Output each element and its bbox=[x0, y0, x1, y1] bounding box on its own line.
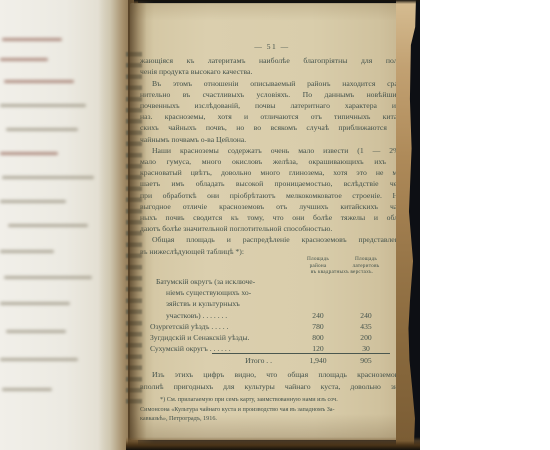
text-line: жающіяся къ латеритамъ наиболѣе благопрі… bbox=[140, 56, 404, 65]
table-cell-laterite: 30 bbox=[346, 344, 386, 353]
table-cell-area: 800 bbox=[298, 333, 338, 342]
text-line: наз. красноземы, хотя и отличаются отъ т… bbox=[140, 112, 404, 121]
page-number: — 51 — bbox=[140, 42, 404, 51]
text-line: Наши красноземы содержатъ очень мало изв… bbox=[140, 146, 404, 155]
book-bottom-edge bbox=[126, 437, 420, 450]
text-line: Изъ этихъ цифръ видно, что общая площадь… bbox=[140, 370, 404, 379]
blurred-text-line bbox=[0, 250, 54, 253]
table-cell-laterite: 240 bbox=[346, 311, 386, 320]
white-canvas bbox=[420, 0, 550, 450]
table-total-laterite: 905 bbox=[346, 356, 386, 365]
screenshot: — 51 — жающіяся къ латеритамъ наиболѣе б… bbox=[0, 0, 550, 450]
text-line: почвенныхъ изслѣдованій, почвы латеритна… bbox=[140, 101, 404, 110]
table-row-label: зяйствъ и культурныхъ bbox=[166, 299, 240, 308]
page-text-column: — 51 — жающіяся къ латеритамъ наиболѣе б… bbox=[140, 3, 404, 440]
text-line: вполнѣ пригодныхъ для культуры чайнаго к… bbox=[140, 382, 404, 391]
text-line: красноватый цвѣтъ, довольно много глиноз… bbox=[140, 168, 404, 177]
text-line: мало гумуса, много окисловъ желѣза, окра… bbox=[140, 157, 404, 166]
table-row-label: ніемъ существующихъ хо- bbox=[166, 288, 251, 297]
text-line: шаетъ имъ обладать высокой проницаемость… bbox=[140, 179, 404, 188]
table-cell-area: 780 bbox=[298, 322, 338, 331]
blurred-text-line bbox=[0, 152, 58, 155]
page-torn-edge bbox=[396, 0, 420, 450]
text-line: при обработкѣ они пріобрѣтаютъ мелкокомк… bbox=[140, 191, 404, 200]
text-line: въ нижеслѣдующей таблицѣ *): bbox=[140, 247, 404, 256]
table-header-col2-sub: латеритовъ bbox=[336, 263, 396, 269]
text-line: нительно въ счастливыхъ условіяхъ. По да… bbox=[140, 90, 404, 99]
text-line: ченія продукта высокаго качества. bbox=[140, 67, 404, 76]
table-total-rule bbox=[212, 353, 390, 354]
table-row-label: Озургетскій уѣздъ . . . . . bbox=[150, 322, 228, 331]
text-line: выгодное отличіе красноземовъ отъ лучших… bbox=[140, 202, 404, 211]
blurred-text-line bbox=[0, 200, 66, 203]
text-line: Общая площадь и распредѣленіе красноземо… bbox=[140, 235, 404, 244]
footnote-line: *) См. прилагаемую при семъ карту, заимс… bbox=[160, 396, 410, 403]
blurred-text-line bbox=[0, 104, 86, 107]
table-row-label: Батумскій округъ (за исключе- bbox=[156, 277, 255, 286]
blurred-text-line bbox=[4, 276, 92, 279]
blurred-text-line bbox=[2, 176, 94, 179]
text-line: Въ этомъ отношеніи описываемый районъ на… bbox=[140, 79, 404, 88]
blurred-text-line bbox=[8, 224, 88, 227]
book-page: — 51 — жающіяся къ латеритамъ наиболѣе б… bbox=[130, 3, 406, 440]
gutter-shadow bbox=[128, 0, 154, 450]
blurred-text-line bbox=[6, 330, 66, 333]
table-row-label: участковъ) . . . . . . . bbox=[166, 311, 227, 320]
table-row-label: Зугдидскій и Сенакскій уѣзды. bbox=[150, 333, 249, 342]
text-line: даютъ болѣе значительной поглотительной … bbox=[140, 224, 404, 233]
text-line: чайнымъ почвамъ о-ва Цейлона. bbox=[140, 135, 404, 144]
blurred-text-line bbox=[4, 80, 74, 83]
table-row-label: Сухумскій округъ . . . . . . bbox=[150, 344, 231, 353]
table-total-area: 1,940 bbox=[298, 356, 338, 365]
table-header-units: въ квадратныхъ верстахъ. bbox=[276, 269, 408, 275]
blurred-text-line bbox=[2, 388, 52, 391]
blurred-text-line bbox=[0, 358, 78, 361]
page-top-shadow bbox=[134, 0, 420, 4]
table-total-label: Итого . . bbox=[192, 356, 272, 365]
blurred-text-line bbox=[0, 58, 48, 61]
text-line: ныхъ почвъ сводится къ тому, что они бол… bbox=[140, 213, 404, 222]
book-photo: — 51 — жающіяся къ латеритамъ наиболѣе б… bbox=[0, 0, 420, 450]
text-line: скихъ чайныхъ почвъ, но во всякомъ случа… bbox=[140, 123, 404, 132]
blurred-text-line bbox=[0, 302, 70, 305]
table-cell-laterite: 435 bbox=[346, 322, 386, 331]
blurred-text-line bbox=[2, 38, 62, 41]
table-cell-area: 120 bbox=[298, 344, 338, 353]
footnote-line: Симонсона «Культура чайнаго куста и прои… bbox=[140, 406, 390, 413]
table-header-col2: Площадь bbox=[336, 256, 396, 262]
table-cell-laterite: 200 bbox=[346, 333, 386, 342]
footnote-line: кавказьѣ», Петроградъ, 1916. bbox=[140, 415, 390, 422]
blurred-text-line bbox=[6, 128, 78, 131]
table-cell-area: 240 bbox=[298, 311, 338, 320]
